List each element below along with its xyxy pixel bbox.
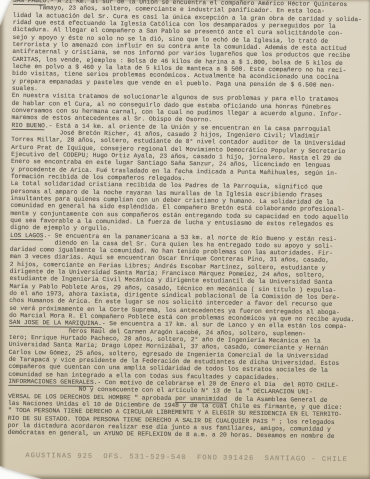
document-text: SAN PABLO.- A 21 Km. al sur de la Unión … xyxy=(8,0,362,441)
document-page: SAN PABLO.- A 21 Km. al sur de la Unión … xyxy=(0,0,370,479)
paper-shadow: SAN PABLO.- A 21 Km. al sur de la Unión … xyxy=(0,0,370,479)
letterhead-footer: AGUSTINAS 925 OFS. 531-529-540 FONO 3914… xyxy=(25,452,348,464)
document-content: SAN PABLO.- A 21 Km. al sur de la Unión … xyxy=(0,0,370,479)
scanned-document: SAN PABLO.- A 21 Km. al sur de la Unión … xyxy=(0,0,370,479)
